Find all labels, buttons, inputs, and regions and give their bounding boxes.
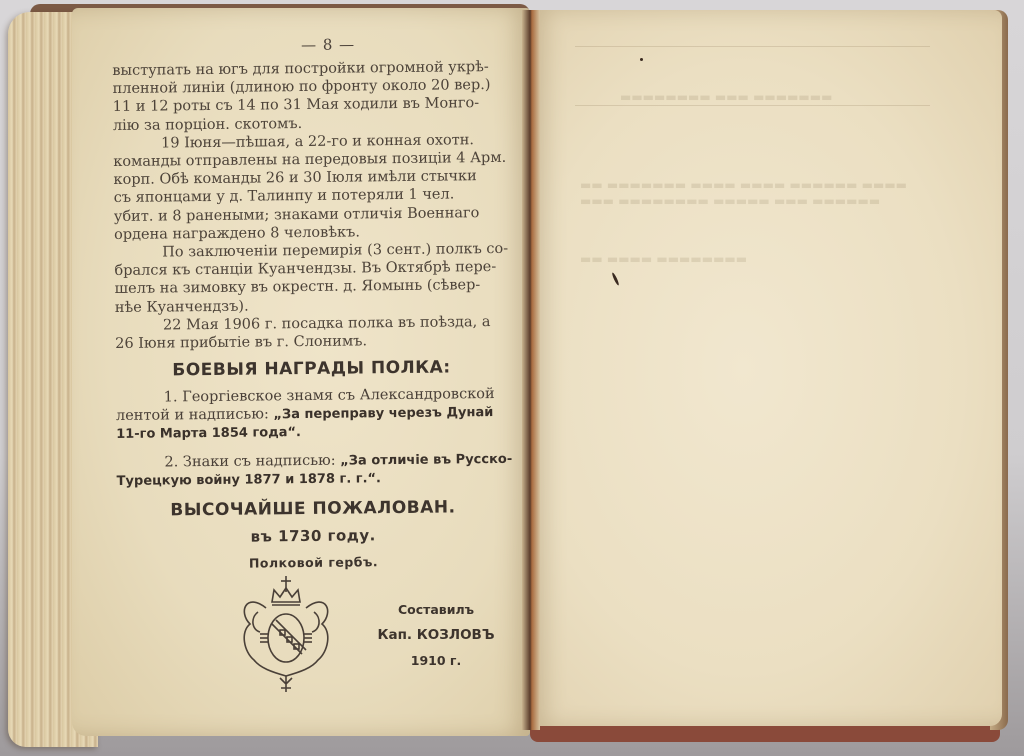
book-spine-gutter <box>522 10 540 730</box>
bleed-through-text: ▬▬▬▬▬▬▬▬ ▬▬▬ ▬▬▬▬▬▬▬ <box>620 90 832 104</box>
compiler-credit: Составилъ Кап. КОЗЛОВЪ 1910 г. <box>376 602 496 668</box>
bleed-through-text: ▬▬ ▬▬▬▬▬▬▬ ▬▬▬▬ ▬▬▬▬ ▬▬▬▬▬▬ ▬▬▬▬ <box>580 178 907 192</box>
regimental-coat-of-arms-icon <box>236 572 336 696</box>
paragraph-skirmishes: 19 Іюня—пѣшая, а 22-го и конная охотн. к… <box>113 131 506 244</box>
paragraph-return: 22 Мая 1906 г. посадка полка въ поѣзда, … <box>115 313 507 354</box>
granted-year: въ 1730 году. <box>117 525 509 547</box>
text-segment: лентой и надписью: <box>116 407 274 425</box>
bleed-through-text: ▬▬ ▬▬▬▬ ▬▬▬▬▬▬▬▬ <box>580 252 747 266</box>
page-number: — 8 — <box>112 34 504 56</box>
bleed-through-rule <box>575 46 930 47</box>
left-page-text: — 8 — выступать на югъ для постройки огр… <box>112 34 510 572</box>
bleed-through-rule <box>575 105 930 106</box>
paragraph-armistice: По заключеніи перемирія (3 сент.) полкъ … <box>114 240 507 317</box>
award-item-2: 2. Знаки съ надписью: „За отличіе въ Рус… <box>116 450 508 491</box>
inscription-text: Турецкую войну 1877 и 1878 г. г.“. <box>117 469 509 491</box>
right-page <box>532 10 1002 726</box>
compilation-year: 1910 г. <box>376 653 496 668</box>
paper-speck <box>640 58 643 61</box>
bleed-through-text: ▬▬▬ ▬▬▬▬▬▬▬▬ ▬▬▬▬▬ ▬▬▬ ▬▬▬▬▬▬ <box>580 194 880 208</box>
awards-heading: БОЕВЫЯ НАГРАДЫ ПОЛКА: <box>115 357 507 381</box>
colophon: Составилъ Кап. КОЗЛОВЪ 1910 г. <box>236 572 496 702</box>
inscription-text: „За отличіе въ Русско- <box>340 452 512 469</box>
award-item-1: 1. Георгіевское знамя съ Александровской… <box>116 385 509 444</box>
compiler-name: Кап. КОЗЛОВЪ <box>376 627 496 643</box>
paragraph-construction: выступать на югъ для постройки огромной … <box>112 58 505 135</box>
text-line: 26 Іюня прибытіе въ г. Слонимъ. <box>115 331 507 353</box>
inscription-text: „За переправу черезъ Дунай <box>273 405 493 422</box>
inscription-text: 11-го Марта 1854 года“. <box>116 422 508 444</box>
text-segment: 2. Знаки съ надписью: <box>164 453 340 471</box>
compiler-label: Составилъ <box>376 602 496 617</box>
granted-heading: ВЫСОЧАЙШЕ ПОЖАЛОВАН. <box>117 497 509 521</box>
